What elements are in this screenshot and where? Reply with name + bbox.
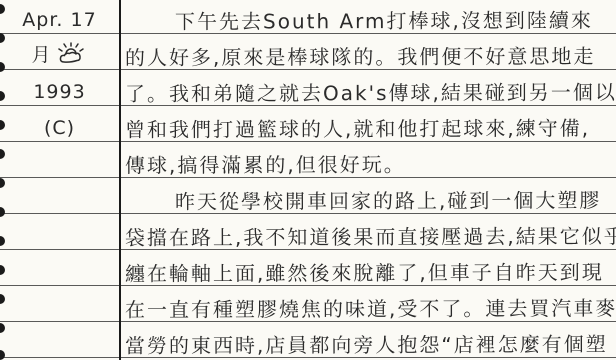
diary-text-cell: 當勞的東西時,店員都向旁人抱怨“店裡怎麼有個塑 [119,322,616,357]
ruled-row: Apr. 17 下午先去South Arm打棒球,沒想到陸續來 [0,0,616,34]
diary-line: 的人好多,原來是棒球隊的。我們便不好意思地走 [125,45,595,69]
diary-text-cell: 傳球,搞得滿累的,但很好玩。 [119,142,616,177]
diary-text-cell: 纏在輪軸上面,雖然後來脫離了,但車子自昨天到現 [119,250,616,285]
weekday-cell: 月 [0,34,119,69]
date-cell-empty [0,286,119,321]
diary-text-cell: 在一直有種塑膠燒焦的味道,受不了。連去買汽車麥 [119,286,616,321]
diary-line: 當勞的東西時,店員都向旁人抱怨“店裡怎麼有個塑 [125,333,608,357]
diary-line: 袋擋在路上,我不知道後果而直接壓過去,結果它似乎 [125,225,616,249]
date-cell-empty [0,250,119,285]
diary-text-cell: 昨天從學校開車回家的路上,碰到一個大塑膠 [119,178,616,213]
diary-text-cell: 袋擋在路上,我不知道後果而直接壓過去,結果它似乎 [119,214,616,249]
date-cell-empty [0,214,119,249]
date-cell-empty [0,322,119,357]
weekday-text: 月 [31,40,51,67]
diary-line: 曾和我們打過籃球的人,就和他打起球來,練守備, [125,117,590,141]
ruled-row: 傳球,搞得滿累的,但很好玩。 [0,142,616,178]
diary-text-cell: 了。我和弟隨之就去Oak's傳球,結果碰到另一個以前 [119,70,616,105]
annotation-cell: (C) [0,106,119,141]
ruled-row: 月 的人好多,原來是棒球隊的。我們便不好意思地走 [0,34,616,70]
ruled-row: (C) 曾和我們打過籃球的人,就和他打起球來,練守備, [0,106,616,142]
ruled-row: 纏在輪軸上面,雖然後來脫離了,但車子自昨天到現 [0,250,616,286]
annotation-text: (C) [44,117,75,139]
date-cell: Apr. 17 [0,0,119,33]
year-cell: 1993 [0,70,119,105]
ruled-row: 1993 了。我和弟隨之就去Oak's傳球,結果碰到另一個以前 [0,70,616,106]
partly-cloudy-doodle-icon [56,42,88,67]
column-divider-line [119,0,121,360]
diary-line: 昨天從學校開車回家的路上,碰到一個大塑膠 [175,189,601,213]
date-cell-empty [0,178,119,213]
diary-line: 了。我和弟隨之就去Oak's傳球,結果碰到另一個以前 [125,81,616,105]
diary-line: 在一直有種塑膠燒焦的味道,受不了。連去買汽車麥 [125,297,616,321]
date-cell-empty [0,142,119,177]
ruled-row: 當勞的東西時,店員都向旁人抱怨“店裡怎麼有個塑 [0,322,616,358]
ruled-lines-area: Apr. 17 下午先去South Arm打棒球,沒想到陸續來 月 [0,0,616,360]
diary-line: 纏在輪軸上面,雖然後來脫離了,但車子自昨天到現 [125,261,604,285]
year-text: 1993 [33,81,85,103]
ruled-row: 在一直有種塑膠燒焦的味道,受不了。連去買汽車麥 [0,286,616,322]
diary-page: Apr. 17 下午先去South Arm打棒球,沒想到陸續來 月 [0,0,616,360]
diary-text-cell: 下午先去South Arm打棒球,沒想到陸續來 [119,0,616,33]
diary-line: 傳球,搞得滿累的,但很好玩。 [125,153,406,177]
ruled-row: 袋擋在路上,我不知道後果而直接壓過去,結果它似乎 [0,214,616,250]
diary-line: 下午先去South Arm打棒球,沒想到陸續來 [175,9,593,33]
diary-text-cell: 曾和我們打過籃球的人,就和他打起球來,練守備, [119,106,616,141]
ruled-row: 昨天從學校開車回家的路上,碰到一個大塑膠 [0,178,616,214]
diary-text-cell: 的人好多,原來是棒球隊的。我們便不好意思地走 [119,34,616,69]
date-text: Apr. 17 [22,9,96,31]
